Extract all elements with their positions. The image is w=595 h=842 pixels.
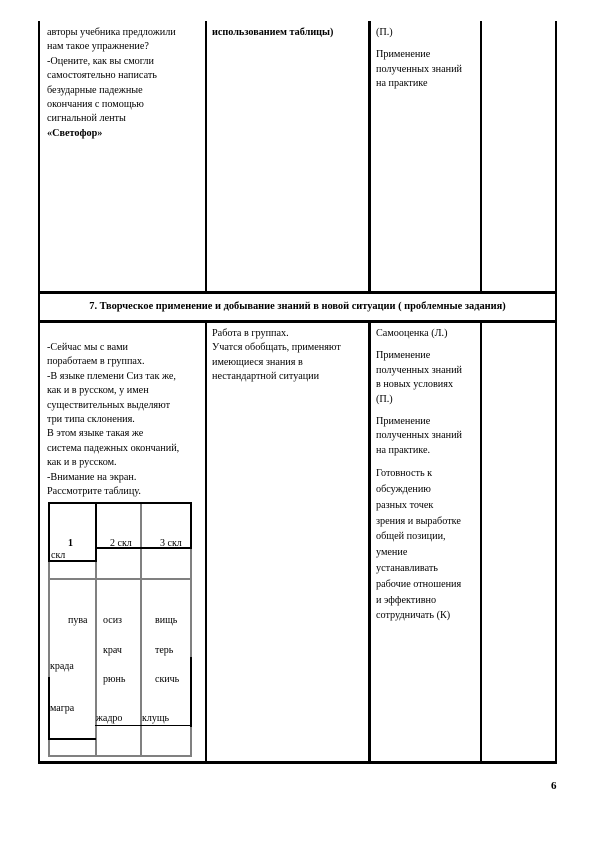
word-cell: крада	[50, 661, 74, 673]
text-line: и эффективно	[376, 593, 480, 609]
word-cell: пува	[68, 615, 87, 627]
bottom-col1-cell: -Сейчас мы с вами поработаем в группах. …	[47, 341, 205, 499]
text-line: Работа в группах.	[212, 327, 368, 341]
text-line: авторы учебника предложили	[47, 26, 205, 40]
text-line: в новых условиях	[376, 378, 480, 392]
text-line: -Оцените, как вы смогли	[47, 55, 205, 69]
text-line: общей позиции,	[376, 529, 480, 545]
text-line: безударные падежные	[47, 84, 205, 98]
text-line: Применение	[376, 415, 480, 429]
declension-table: 1 скл 2 скл 3 скл пува крада магра осиз …	[48, 502, 192, 757]
text-line: зрения и выработке	[376, 514, 480, 530]
section-title: 7. Творческое применение и добывание зна…	[40, 293, 555, 321]
text-line: -В языке племени Сиз так же,	[47, 370, 205, 384]
text-line: разных точек	[376, 498, 480, 514]
text-line: (П.)	[376, 26, 480, 40]
word-cell: крач	[103, 645, 122, 657]
text-line: три типа склонения.	[47, 413, 205, 427]
column-divider	[480, 21, 482, 293]
text-line: сигнальной ленты	[47, 112, 205, 126]
word-cell: терь	[155, 645, 173, 657]
top-col3-cell: (П.) Применение полученных знаний на пра…	[376, 26, 480, 92]
bottom-col3-cell: Самооценка (Л.) Применение полученных зн…	[376, 327, 480, 624]
text-line: В этом языке такая же	[47, 427, 205, 441]
text-line: Применение	[376, 349, 480, 363]
column-divider	[368, 21, 371, 293]
text-line: «Светофор»	[47, 127, 205, 141]
text-line: Самооценка (Л.)	[376, 327, 480, 341]
bottom-col2-cell: Работа в группах. Учатся обобщать, приме…	[212, 327, 368, 385]
text-line: на практике.	[376, 444, 480, 458]
text-line: поработаем в группах.	[47, 355, 205, 369]
text-line: -Сейчас мы с вами	[47, 341, 205, 355]
text-line: система падежных окончаний,	[47, 442, 205, 456]
page-number: 6	[551, 780, 557, 792]
word-cell: жадро	[96, 713, 122, 725]
text-line: как и в русском.	[47, 456, 205, 470]
header-decl-1-abbr: скл	[51, 550, 65, 562]
document-page: авторы учебника предложили нам такое упр…	[0, 0, 595, 842]
word-cell: магра	[50, 703, 74, 715]
text-line: Рассмотрите таблицу.	[47, 485, 205, 499]
column-divider	[205, 21, 207, 293]
text-line: рабочие отношения	[376, 577, 480, 593]
lesson-table: авторы учебника предложили нам такое упр…	[38, 21, 557, 764]
text-line: на практике	[376, 77, 480, 91]
text-line: нам такое упражнение?	[47, 40, 205, 54]
text-line: имеющиеся знания в	[212, 356, 368, 370]
word-cell: скичь	[155, 674, 179, 686]
word-cell: осиз	[103, 615, 122, 627]
text-line: полученных знаний	[376, 429, 480, 443]
text-line: Готовность к	[376, 466, 480, 482]
word-cell: рюнь	[103, 674, 125, 686]
word-cell: вищь	[155, 615, 177, 627]
text-line: использованием таблицы)	[212, 26, 367, 40]
text-line: Применение	[376, 48, 480, 62]
top-col1-cell: авторы учебника предложили нам такое упр…	[47, 26, 205, 141]
text-line: самостоятельно написать	[47, 69, 205, 83]
text-line: сотрудничать (К)	[376, 608, 480, 624]
text-line: нестандартной ситуации	[212, 370, 368, 384]
word-cell: клущь	[142, 713, 169, 725]
text-line: (П.)	[376, 393, 480, 407]
column-divider	[205, 321, 207, 762]
text-line: полученных знаний	[376, 364, 480, 378]
column-divider	[368, 321, 371, 762]
header-decl-1: 1	[68, 538, 73, 550]
column-divider	[480, 321, 482, 762]
text-line: -Внимание на экран.	[47, 471, 205, 485]
text-line: существительных выделяют	[47, 399, 205, 413]
text-line: как и в русском, у имен	[47, 384, 205, 398]
top-col2-cell: использованием таблицы)	[212, 26, 367, 40]
header-decl-2: 2 скл	[110, 538, 132, 550]
text-line: полученных знаний	[376, 63, 480, 77]
text-line: обсуждению	[376, 482, 480, 498]
text-line: окончания с помощью	[47, 98, 205, 112]
text-line: устанавливать	[376, 561, 480, 577]
text-line: Учатся обобщать, применяют	[212, 341, 368, 355]
header-decl-3: 3 скл	[160, 538, 182, 550]
text-line: умение	[376, 545, 480, 561]
